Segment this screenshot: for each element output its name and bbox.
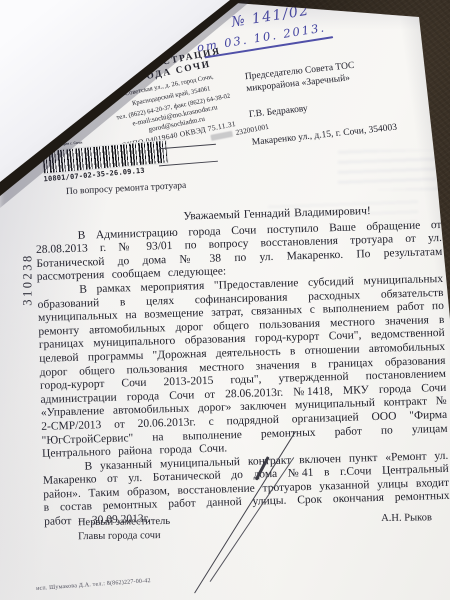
executor-note: исп. Шумакова Д.А. тел.: 8(862)227-00-42 <box>36 578 151 592</box>
show-through-text <box>338 150 442 190</box>
recipient-name: Г.В. Бедракову <box>248 90 440 122</box>
ink-smudge <box>211 131 234 141</box>
letter-body: Уважаемый Геннадий Владимирович! В Админ… <box>35 203 450 530</box>
signer-name: А.Н. Рыков <box>381 511 432 540</box>
subject-line: По вопросу ремонта тротуара <box>66 181 187 197</box>
signature-block: Первый заместитель Главы города сочи А.Н… <box>40 511 432 544</box>
document-photo: АДМИНИСТРАЦИЯ ГОРОДА СОЧИ Советская ул.,… <box>0 0 450 600</box>
recipient-block: Председателю Совета ТОС микрорайона «Зар… <box>245 52 444 149</box>
body-paragraph: В рамках мероприятия "Предоставление суб… <box>37 273 448 462</box>
recipient-address: Макаренко ул., д.15, г. Сочи, 354003 <box>251 117 443 149</box>
vertical-number-stamp: 310238 <box>21 225 36 335</box>
signer-title: Первый заместитель Главы города сочи <box>78 515 171 544</box>
